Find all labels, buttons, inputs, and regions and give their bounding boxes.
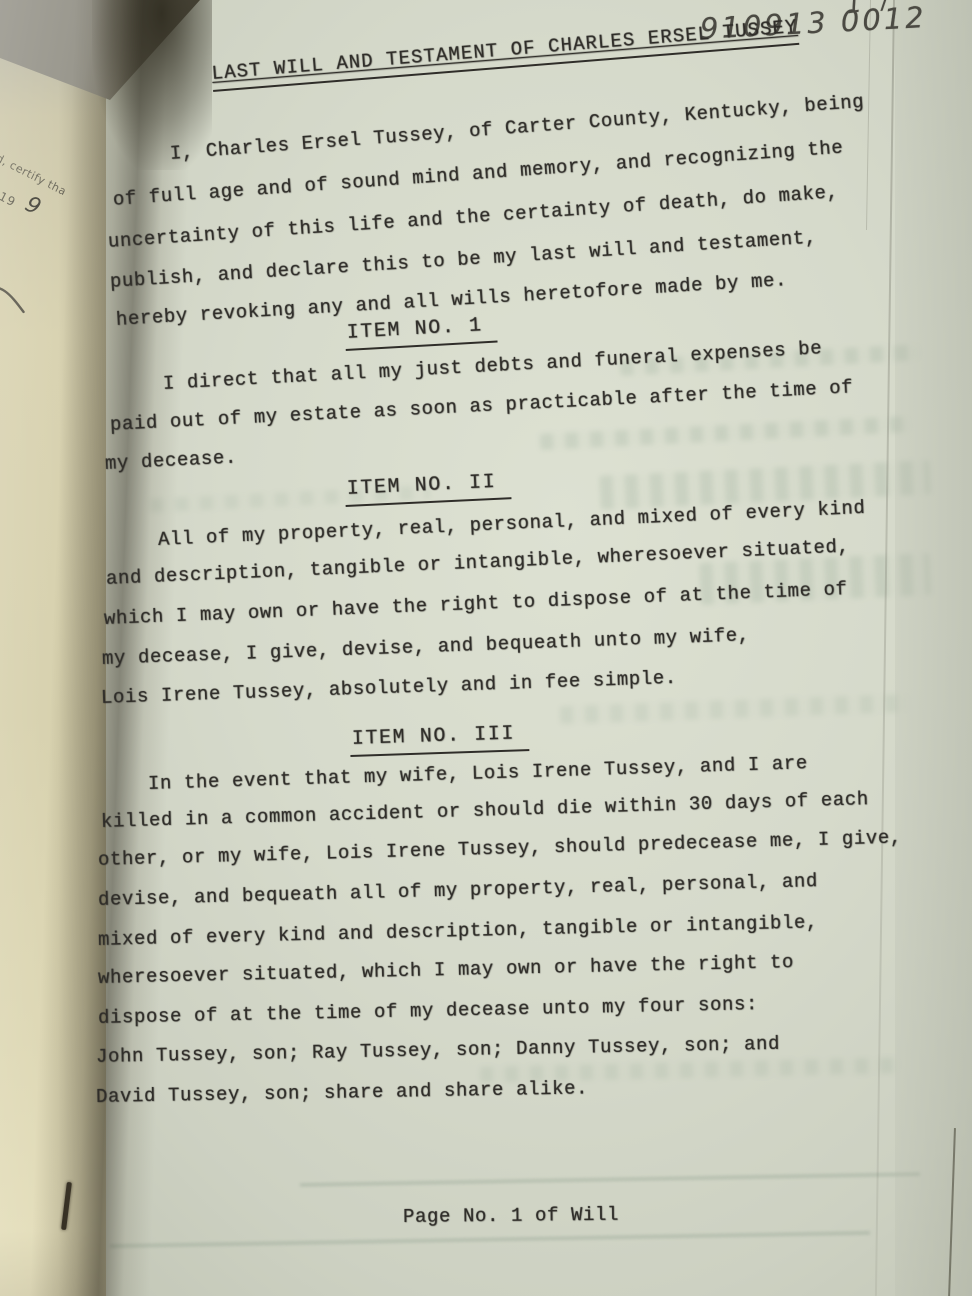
will-title: LAST WILL AND TESTAMENT OF CHARLES ERSEL… [211,15,799,92]
item-heading: ITEM NO. III [350,722,530,757]
page-right-margin-strip [895,0,972,1296]
bleed-through-text [560,694,910,724]
typed-line: devise, and bequeath all of my property,… [98,869,819,912]
bleed-through-text [540,416,910,450]
typed-line: other, or my wife, Lois Irene Tussey, sh… [98,826,902,872]
typed-line: wheresoever situated, which I may own or… [98,950,794,990]
typed-line: In the event that my wife, Lois Irene Tu… [148,751,809,796]
bleed-through-rule [110,1231,870,1247]
typed-line: my decease. [104,446,237,476]
signature-scrawl [0,226,42,330]
scanned-will-page-photo: SCT aforesaid, certify tha 19 9 9 950 91… [0,0,972,1296]
stamp-year-prefix: 19 [0,189,18,209]
page-crease [875,0,895,1296]
page-number-line: Page No. 1 of Will [403,1203,619,1229]
typed-line: Lois Irene Tussey, absolutely and in fee… [101,666,678,710]
item-heading: ITEM NO. 1 [344,314,497,351]
typed-line: dispose of at the time of my decease unt… [98,992,758,1030]
handwritten-year-digit: 9 [21,192,45,221]
bleed-through-rule [300,1173,920,1187]
typed-line: David Tussey, son; share and share alike… [96,1076,588,1109]
item-heading: ITEM NO. II [344,470,511,507]
typed-line: my decease, I give, devise, and bequeath… [102,623,751,671]
typed-line: killed in a common accident or should di… [101,787,869,834]
typed-line: mixed of every kind and description, tan… [98,910,818,952]
